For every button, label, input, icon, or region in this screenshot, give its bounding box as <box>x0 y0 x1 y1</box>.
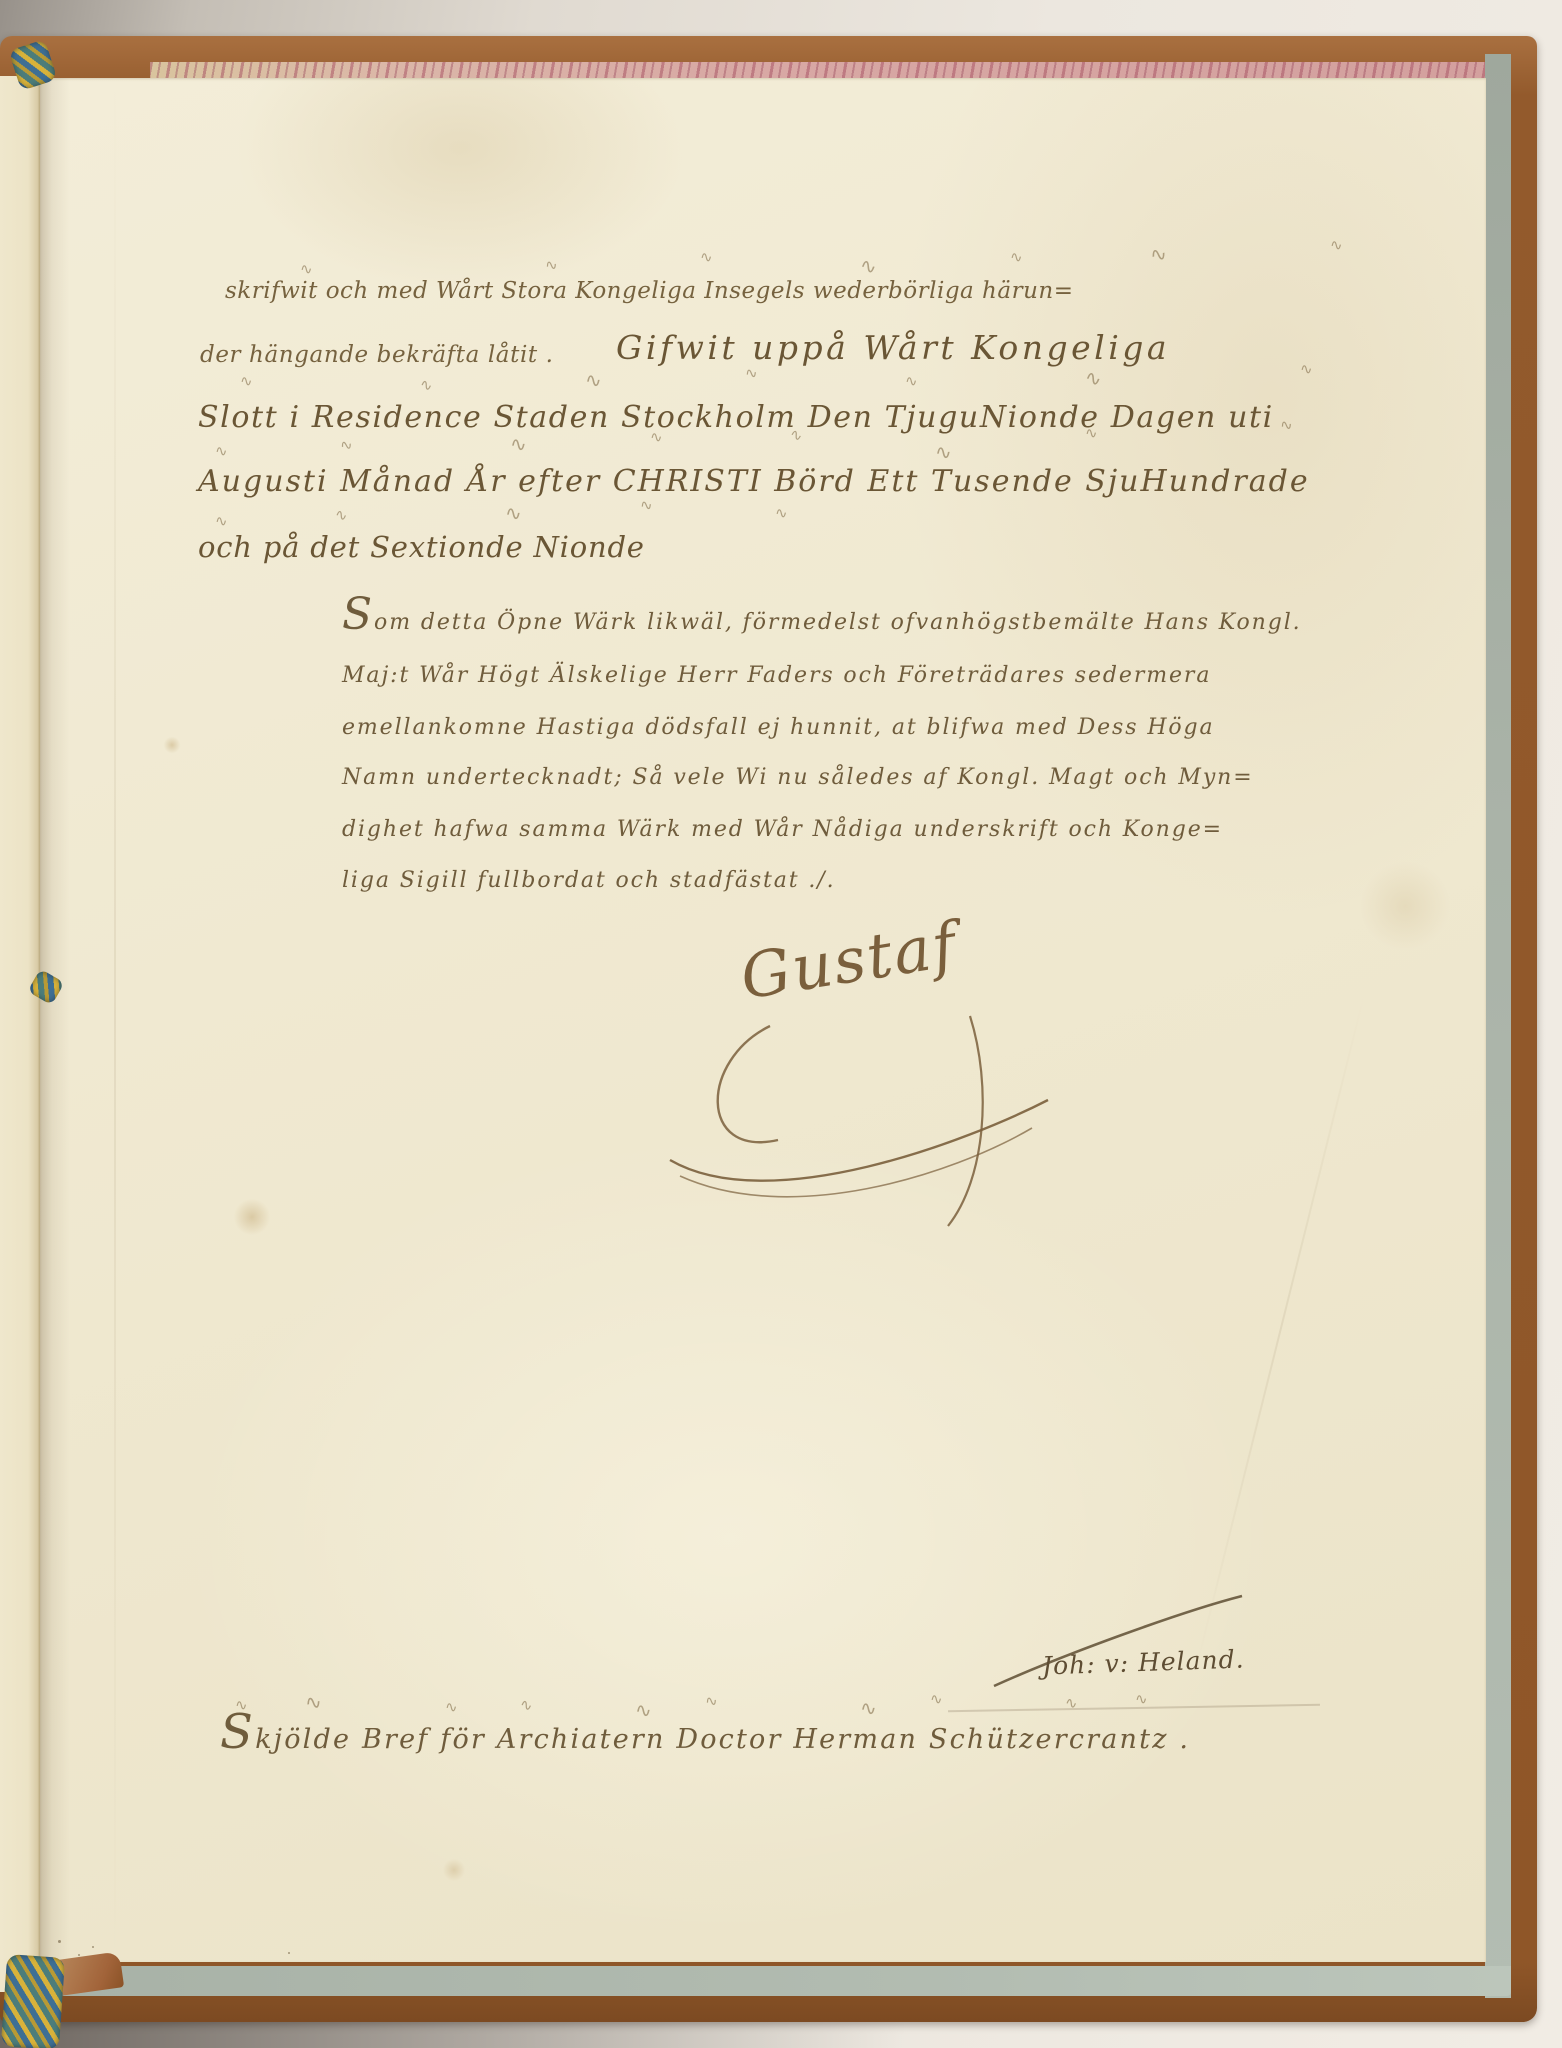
text-line-3: Slott i Residence Staden Stockholm Den T… <box>198 400 1274 435</box>
flourish-ornament: ∿ <box>445 1698 458 1716</box>
flourish-ornament: ∿ <box>505 501 522 525</box>
ink-speck <box>288 1952 290 1954</box>
royal-signature-flourish <box>640 1008 1080 1242</box>
flourish-ornament: ∿ <box>544 255 560 275</box>
countersignature-rule <box>948 1704 1320 1712</box>
countersignature-penstroke <box>990 1594 1250 1694</box>
tailband-braid <box>1 1954 65 2048</box>
flourish-ornament: ∿ <box>334 505 350 525</box>
manuscript-page: ∿ ∿ ∿ ∿ ∿ ∿ ∿ ∿ ∿ ∿ ∿ ∿ ∿ ∿ ∿ ∿ ∿ ∿ ∿ ∿ … <box>40 78 1486 1962</box>
paragraph-line: Maj:t Wår Högt Älskelige Herr Faders och… <box>342 663 1211 688</box>
text-line-4: Augusti Månad År efter CHRISTI Börd Ett … <box>198 464 1310 499</box>
flourish-ornament: ∿ <box>240 372 253 390</box>
board-edge-bottom <box>56 1966 1511 1996</box>
flourish-ornament: ∿ <box>700 248 713 266</box>
text-line-2-right: Gifwit uppå Wårt Kongeliga <box>616 328 1170 367</box>
flourish-ornament: ∿ <box>858 253 878 279</box>
text-line-5: och på det Sextionde Nionde <box>198 530 645 564</box>
flourish-ornament: ∿ <box>338 435 355 456</box>
flourish-ornament: ∿ <box>1064 1693 1079 1713</box>
flourish-ornament: ∿ <box>300 260 313 278</box>
docket-line: Skjölde Bref för Archiatern Doctor Herma… <box>220 1724 1190 1755</box>
ink-speck <box>92 1946 94 1948</box>
flourish-ornament: ∿ <box>1330 236 1343 254</box>
text-line-1: skrifwit och med Wårt Stora Kongeliga In… <box>225 278 1073 304</box>
paragraph-line: emellankomne Hastiga dödsfall ej hunnit,… <box>342 715 1215 740</box>
flourish-ornament: ∿ <box>635 1698 652 1722</box>
flourish-ornament: ∿ <box>1148 241 1169 268</box>
flourish-ornament: ∿ <box>510 432 527 456</box>
page-crease <box>114 78 116 1962</box>
flourish-ornament: ∿ <box>518 1695 534 1715</box>
marbled-edge-top <box>150 62 1493 78</box>
paragraph-line: dighet hafwa samma Wärk med Wår Nådiga u… <box>342 817 1223 842</box>
flourish-ornament: ∿ <box>1279 415 1295 435</box>
gutter-shadow <box>40 78 70 1962</box>
flourish-ornament: ∿ <box>905 372 918 390</box>
board-edge-right <box>1485 54 1511 1998</box>
flourish-ornament: ∿ <box>418 375 434 395</box>
page-crease <box>1195 988 1366 1668</box>
flourish-ornament: ∿ <box>215 512 228 530</box>
flourish-ornament: ∿ <box>1300 360 1313 378</box>
flourish-ornament: ∿ <box>935 440 952 464</box>
manuscript-scan: ∿ ∿ ∿ ∿ ∿ ∿ ∿ ∿ ∿ ∿ ∿ ∿ ∿ ∿ ∿ ∿ ∿ ∿ ∿ ∿ … <box>0 0 1562 2048</box>
flourish-ornament: ∿ <box>215 442 228 460</box>
ink-speck <box>78 1954 80 1956</box>
flourish-ornament: ∿ <box>704 1691 720 1711</box>
ink-speck <box>58 1940 61 1943</box>
flourish-ornament: ∿ <box>303 1689 323 1715</box>
flourish-ornament: ∿ <box>1010 248 1023 266</box>
flourish-ornament: ∿ <box>775 504 788 522</box>
paragraph-line: Som detta Öpne Wärk likwäl, förmedelst o… <box>342 610 1302 635</box>
paragraph-line: liga Sigill fullbordat och stadfästat ./… <box>342 868 836 893</box>
flourish-ornament: ∿ <box>1083 365 1104 392</box>
flourish-ornament: ∿ <box>860 1696 877 1720</box>
flourish-ornament: ∿ <box>930 1690 943 1708</box>
text-line-2-left: der hängande bekräfta låtit . <box>200 342 554 368</box>
bound-volume: ∿ ∿ ∿ ∿ ∿ ∿ ∿ ∿ ∿ ∿ ∿ ∿ ∿ ∿ ∿ ∿ ∿ ∿ ∿ ∿ … <box>0 36 1537 2022</box>
paragraph-line: Namn undertecknadt; Så vele Wi nu sålede… <box>342 765 1254 790</box>
royal-signature: Gustaf <box>736 907 963 1013</box>
flourish-ornament: ∿ <box>585 368 602 392</box>
facing-page-edge <box>0 76 40 1992</box>
flourish-ornament: ∿ <box>1135 1690 1148 1708</box>
